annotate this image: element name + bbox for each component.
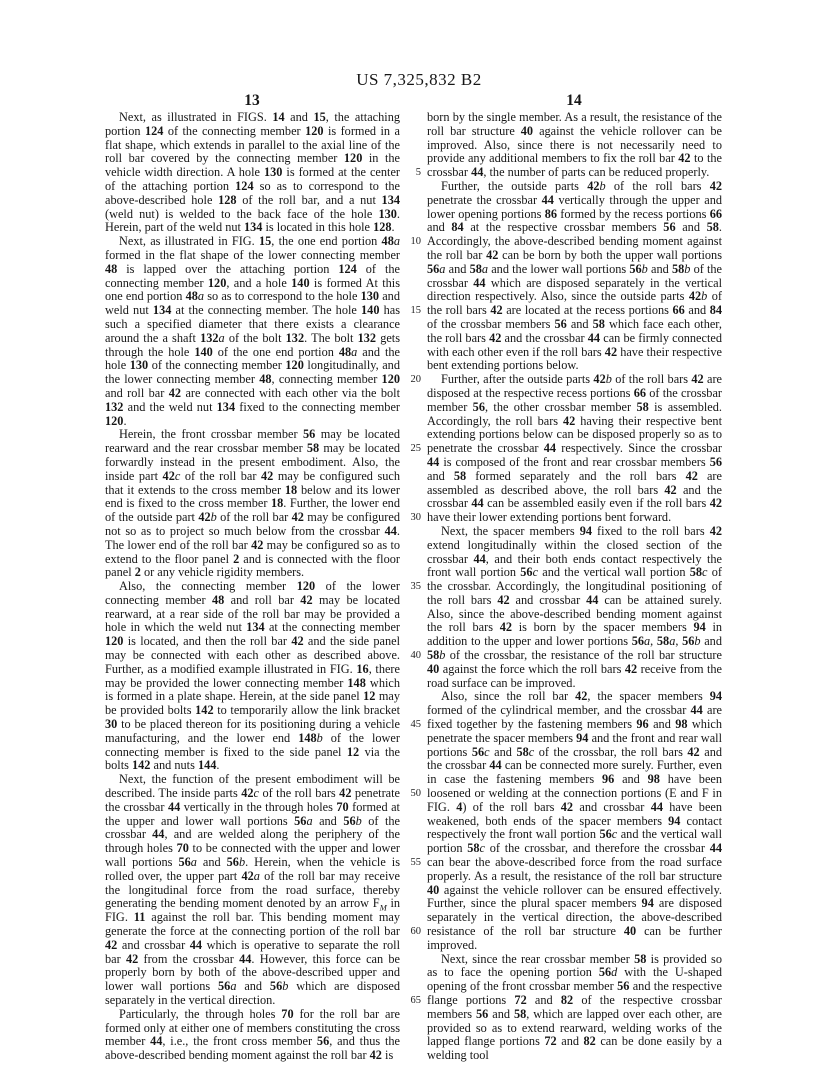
left-column-text: Next, as illustrated in FIGS. 14 and 15,… xyxy=(105,111,400,1073)
paragraph: born by the single member. As a result, … xyxy=(427,111,722,180)
patent-page: US 7,325,832 B2 13 14 510152025303540455… xyxy=(0,0,838,1080)
left-column-number: 13 xyxy=(105,92,399,110)
line-number: 5 xyxy=(399,166,421,180)
line-number: 30 xyxy=(399,511,421,525)
patent-number-header: US 7,325,832 B2 xyxy=(0,70,838,90)
right-column-number: 14 xyxy=(427,92,721,110)
paragraph: Particularly, the through holes 70 for t… xyxy=(105,1008,400,1063)
line-number: 25 xyxy=(399,442,421,456)
line-number: 20 xyxy=(399,373,421,387)
paragraph: Further, after the outside parts 42b of … xyxy=(427,373,722,525)
line-number: 10 xyxy=(399,235,421,249)
line-number: 50 xyxy=(399,787,421,801)
line-number-rail: 5101520253035404550556065 xyxy=(399,111,421,1073)
paragraph: Next, the spacer members 94 fixed to the… xyxy=(427,525,722,691)
paragraph: Also, the connecting member 120 of the l… xyxy=(105,580,400,773)
paragraph: Also, since the roll bar 42, the spacer … xyxy=(427,690,722,952)
line-number: 40 xyxy=(399,649,421,663)
paragraph: Further, the outside parts 42b of the ro… xyxy=(427,180,722,373)
line-number: 35 xyxy=(399,580,421,594)
line-number: 60 xyxy=(399,925,421,939)
paragraph: Next, as illustrated in FIG. 15, the one… xyxy=(105,235,400,428)
right-column-text: born by the single member. As a result, … xyxy=(427,111,722,1073)
line-number: 65 xyxy=(399,994,421,1008)
paragraph: Herein, the front crossbar member 56 may… xyxy=(105,428,400,580)
paragraph: Next, the function of the present embodi… xyxy=(105,773,400,1008)
line-number: 55 xyxy=(399,856,421,870)
paragraph: Next, since the rear crossbar member 58 … xyxy=(427,953,722,1063)
paragraph: Next, as illustrated in FIGS. 14 and 15,… xyxy=(105,111,400,235)
line-number: 45 xyxy=(399,718,421,732)
line-number: 15 xyxy=(399,304,421,318)
